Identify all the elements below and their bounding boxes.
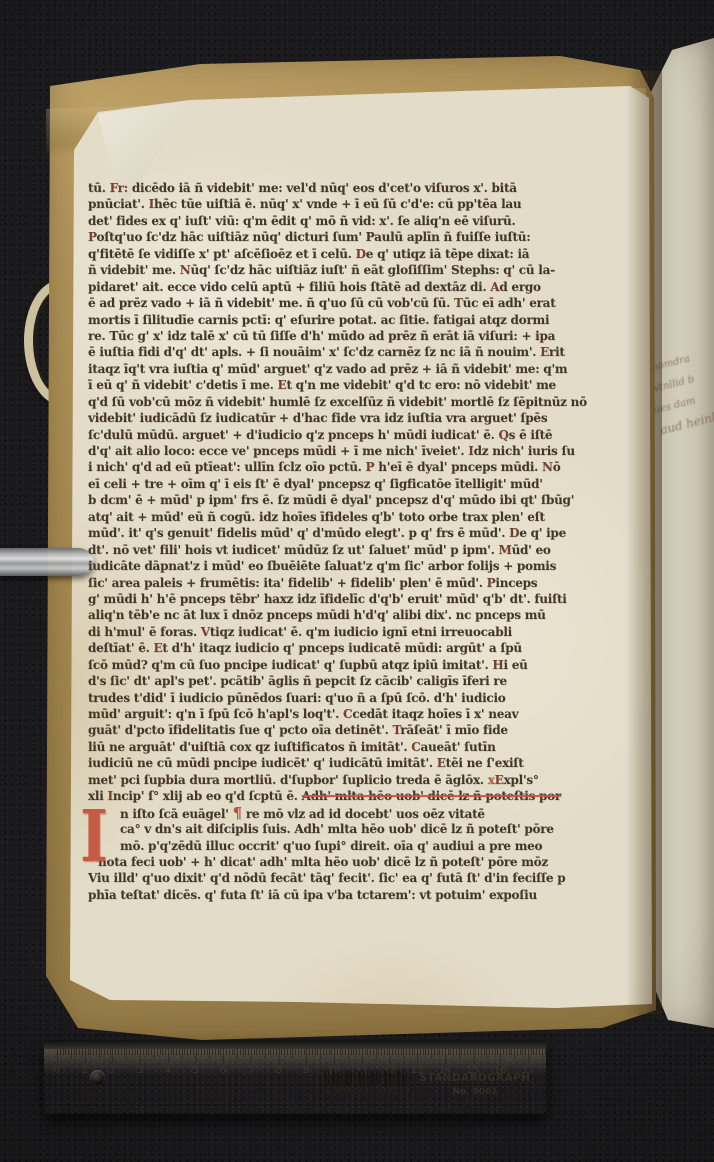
- ink-text: ūq' ſc'dz hāc uiſtiāz iuſt' ñ eāt gloſiſ…: [190, 263, 554, 277]
- ruler-tick: [193, 1049, 194, 1055]
- ink-text: met' pci ſupbia dura mortliū. d'ſupbor' …: [88, 773, 488, 787]
- ruler-cm-number: 2: [102, 1065, 122, 1076]
- ruler-tick: [381, 1049, 382, 1055]
- ruler-tick: [520, 1049, 521, 1055]
- ruler-tick: [456, 1049, 457, 1055]
- ruler-tick: [542, 1049, 543, 1059]
- ink-text: rāſeāt' ī mīo fide: [400, 723, 507, 737]
- ruler-cm-number: 5: [186, 1065, 206, 1076]
- ruler-tick: [248, 1049, 249, 1055]
- ruler-tick: [329, 1049, 330, 1055]
- text-line: trudes t'did' ī iudicio pūnēdos ſuari: q…: [88, 690, 654, 706]
- text-line: mortis ī ſilitudīe carnis pctī: q' eſuri…: [88, 312, 654, 328]
- ink-text: g' mūdi h' h'ē pnceps tēbr' haxz idz īfi…: [88, 592, 567, 606]
- ruler-tick: [101, 1049, 102, 1055]
- ruler-tick: [76, 1049, 77, 1055]
- ruler-tick: [256, 1049, 257, 1055]
- text-line: q'fitētē ſe vidiſſe x' pt' aſcēſioēz et …: [88, 246, 654, 262]
- ink-text: det' fides ex q' iuſt' viū: q'm ēdit q' …: [88, 214, 515, 228]
- ink-text: xpl's°: [504, 773, 539, 787]
- ruler-tick: [315, 1049, 316, 1055]
- ruler-tick: [71, 1049, 72, 1059]
- rubric-text: C: [343, 707, 352, 721]
- ruler-tick: [326, 1049, 327, 1055]
- text-line: ſic' area paleis + frumētis: ita' fideli…: [88, 575, 654, 591]
- ink-text: t d'h' itaqz iudicio q' pnceps iudicatē …: [162, 641, 522, 655]
- ruler-tick: [204, 1049, 205, 1055]
- ruler-cm-number: 9: [296, 1065, 316, 1076]
- ruler-tick: [218, 1049, 219, 1055]
- text-line: b dcm' ē + mūd' p ipm' frs ē. ſz mūdi ē …: [88, 492, 654, 508]
- ink-text: tēi ne ſ'exiſt: [446, 756, 524, 770]
- ink-text: d's ſic' dt' apl's pet'. pcātib' āglis ñ…: [88, 674, 507, 688]
- ruler-tick: [353, 1049, 354, 1055]
- ruler-tick: [151, 1049, 152, 1055]
- ink-text: liū ne arguāt' d'uiſtiā cox qz iuſtifica…: [88, 740, 411, 754]
- ink-text: ſc'dulū mūdū. arguet' + d'iudicio q'z pn…: [88, 428, 498, 442]
- ink-text: deſtīat' ē.: [88, 641, 153, 655]
- ruler-tick: [112, 1049, 113, 1063]
- text-line: n iſto ſcā euāgel' ¶ re mō vlz ad id doc…: [88, 805, 654, 821]
- ruler-model-number: No. 9061: [410, 1087, 540, 1097]
- ink-text: iudiciū ne cū mūdi pncipe iudicēt' q' iu…: [88, 756, 437, 770]
- text-line: Viu illd' q'uo dixit' q'd nōdū fecāt' tā…: [88, 870, 654, 886]
- ink-text: i nich' q'd ad eū ptīeat': ullīn ſclz oī…: [88, 460, 366, 474]
- ruler-tick: [373, 1049, 374, 1055]
- ruler-tick: [251, 1049, 252, 1063]
- ruler-tick: [509, 1049, 510, 1055]
- ruler-tick: [395, 1049, 396, 1055]
- ruler-tick: [503, 1049, 504, 1055]
- ink-text: tiqz iudicat' ē. q'm iudicio ignī etni i…: [210, 625, 512, 639]
- ruler-tick: [135, 1049, 136, 1055]
- ruler-tick: [234, 1049, 235, 1055]
- ink-text: ūc eī adh' erat: [463, 296, 556, 310]
- ruler: 01234567891011121314151617 4 014509 0111…: [44, 1040, 546, 1114]
- ruler-tick: [403, 1049, 404, 1059]
- ink-text: pidaret' ait. ecce vido celū aptū + fili…: [88, 280, 490, 294]
- text-line: q'd ſū vob'cū mōz ñ videbit' humlē ſz ex…: [88, 394, 654, 410]
- ink-text: q'fitētē ſe vidiſſe x' pt' aſcēſioēz et …: [88, 247, 356, 261]
- text-line: ē ad prēz vado + iā ñ videbit' me. ñ q'u…: [88, 295, 654, 311]
- ruler-tick: [473, 1049, 474, 1063]
- ink-text: ē ad prēz vado + iā ñ videbit' me. ñ q'u…: [88, 296, 454, 310]
- ruler-tick: [126, 1049, 127, 1059]
- ruler-tick: [132, 1049, 133, 1055]
- ruler-tick: [196, 1049, 197, 1063]
- ruler-tick: [417, 1049, 418, 1063]
- text-line: d'q' ait alio loco: ecce ve' pnceps mūdi…: [88, 443, 654, 459]
- ruler-tick: [334, 1049, 335, 1063]
- text-line: deſtīat' ē. Et d'h' itaqz iudicio q' pnc…: [88, 640, 654, 656]
- ink-text: cedāt itaqz hoīes ī x' neav: [352, 707, 518, 721]
- text-line: met' pci ſupbia dura mortliū. d'ſupbor' …: [88, 772, 654, 788]
- ruler-tick: [209, 1049, 210, 1059]
- ruler-tick: [176, 1049, 177, 1055]
- manuscript-text-block: I tū. Fr: dicēdo iā ñ videbit' me: vel'd…: [88, 180, 654, 903]
- ruler-tick: [287, 1049, 288, 1055]
- ruler-tick: [342, 1049, 343, 1055]
- ink-text: guāt' d'pcto īfidelitatis ſue q' pcto oī…: [88, 723, 392, 737]
- ruler-tick: [137, 1049, 138, 1055]
- ruler-tick: [500, 1049, 501, 1063]
- ruler-tick: [362, 1049, 363, 1063]
- manuscript-photo: lyrmomdraze wtnllid bques damaud heink c…: [0, 0, 714, 1162]
- ruler-tick: [60, 1049, 61, 1055]
- ruler-tick: [376, 1049, 377, 1059]
- rubric-text: D: [509, 526, 519, 540]
- ruler-tick: [459, 1049, 460, 1059]
- ink-text: h'eī ē dyal' pnceps mūdi.: [374, 460, 542, 474]
- ruler-tick: [184, 1049, 185, 1055]
- ink-text: s ē iſtē: [509, 428, 553, 442]
- ruler-tick: [124, 1049, 125, 1055]
- rubric-text: Fr:: [110, 181, 128, 195]
- ruler-tick: [301, 1049, 302, 1055]
- text-line: ſcō mūd? q'm cū ſuo pncipe iudicat' q' ſ…: [88, 657, 654, 673]
- ink-text: pnūciat'.: [88, 197, 149, 211]
- ruler-tick: [450, 1049, 451, 1055]
- ink-text: eī celi + tre + oīm q' ī eis ſt' ē dyal'…: [88, 477, 543, 491]
- ruler-tick: [298, 1049, 299, 1055]
- ruler-tick: [281, 1049, 282, 1055]
- ruler-tick: [453, 1049, 454, 1055]
- ruler-tick: [201, 1049, 202, 1055]
- ink-text: ſic' area paleis + frumētis: ita' fideli…: [88, 576, 487, 590]
- ink-text: mortis ī ſilitudīe carnis pctī: q' eſuri…: [88, 313, 549, 327]
- ruler-tick: [401, 1049, 402, 1055]
- ruler-tick: [442, 1049, 443, 1055]
- text-line: mūd' arguit': q'n ī ſpū ſcō h'apl's loq'…: [88, 706, 654, 722]
- text-line: liū ne arguāt' d'uiſtiā cox qz iuſtifica…: [88, 739, 654, 755]
- rubric-text: H: [492, 658, 503, 672]
- ruler-tick: [481, 1049, 482, 1055]
- ink-text: phīa teſtat' dicēs. q' futa ſt' iā cū ip…: [88, 888, 537, 902]
- ruler-tick: [484, 1049, 485, 1055]
- rubric-text: N: [180, 263, 191, 277]
- ruler-tick: [420, 1049, 421, 1055]
- ruler-tick: [309, 1049, 310, 1055]
- text-line: xli Incip' ſ° xlij ab eo q'd ſcptū ē. Ad…: [88, 788, 654, 804]
- ruler-tick: [57, 1049, 58, 1063]
- rubric-text: Q: [498, 428, 508, 442]
- ruler-tick: [464, 1049, 465, 1055]
- text-line: i nich' q'd ad eū ptīeat': ullīn ſclz oī…: [88, 459, 654, 475]
- ruler-tick: [207, 1049, 208, 1055]
- ink-text: ca° v dn's ait diſciplis ſuis. Adh' mlta…: [120, 822, 554, 836]
- ruler-tick: [232, 1049, 233, 1055]
- ruler-brand-label: STANDARDGRAPH: [410, 1072, 540, 1084]
- ruler-tick: [423, 1049, 424, 1055]
- rubric-text: T: [454, 296, 463, 310]
- text-line: aliq'n tēb'e nc āt lux ī dnōz pnceps mūd…: [88, 607, 654, 623]
- ruler-tick: [356, 1049, 357, 1055]
- rubric-text: ¶: [233, 804, 242, 822]
- ruler-cm-number: 8: [269, 1065, 289, 1076]
- ink-text: aliq'n tēb'e nc āt lux ī dnōz pnceps mūd…: [88, 608, 546, 622]
- ruler-cm-number: 4: [158, 1065, 178, 1076]
- ruler-tick: [265, 1049, 266, 1059]
- text-line: eī celi + tre + oīm q' ī eis ſt' ē dyal'…: [88, 476, 654, 492]
- ruler-tick: [522, 1049, 523, 1055]
- ruler-tick: [157, 1049, 158, 1055]
- ruler-tick: [168, 1049, 169, 1063]
- ruler-tick: [345, 1049, 346, 1055]
- ruler-tick: [93, 1049, 94, 1055]
- barcode: [324, 1071, 410, 1086]
- ruler-tick: [90, 1049, 91, 1055]
- ruler-tick: [295, 1049, 296, 1055]
- ruler-tick: [337, 1049, 338, 1055]
- ink-text: Viu illd' q'uo dixit' q'd nōdū fecāt' tā…: [88, 871, 565, 885]
- ruler-tick: [212, 1049, 213, 1055]
- text-line: iudicāte dāpnat'z i mūd' eo ſbuēiēte ſal…: [88, 558, 654, 574]
- ruler-tick: [514, 1049, 515, 1059]
- ruler-tick: [478, 1049, 479, 1055]
- ruler-tick: [245, 1049, 246, 1055]
- ruler-tick: [492, 1049, 493, 1055]
- ruler-tick: [99, 1049, 100, 1059]
- ruler-tick: [545, 1049, 546, 1055]
- text-line: Poſtq'uo ſc'dz hāc uiſtiāz nūq' dicturi …: [88, 229, 654, 245]
- ruler-tick: [392, 1049, 393, 1055]
- ruler-tick: [276, 1049, 277, 1055]
- ruler-tick: [414, 1049, 415, 1055]
- text-line: tū. Fr: dicēdo iā ñ videbit' me: vel'd n…: [88, 180, 654, 196]
- ink-text: dicēdo iā ñ videbit' me: vel'd nūq' eos …: [128, 181, 517, 195]
- text-line: pidaret' ait. ecce vido celū aptū + fili…: [88, 279, 654, 295]
- ruler-tick: [187, 1049, 188, 1055]
- ink-text: nota feci uob' + h' dicat' adh' mlta hēo…: [98, 855, 548, 869]
- ruler-tick: [431, 1049, 432, 1059]
- ruler-tick: [140, 1049, 141, 1063]
- text-line: ē iuſtia fidi d'q' dt' apls. + ſi nouāim…: [88, 344, 654, 360]
- ruler-tick: [340, 1049, 341, 1055]
- text-line: atq' ait + mūd' eū ñ cogū. idz hoīes īfi…: [88, 509, 654, 525]
- ruler-tick: [511, 1049, 512, 1055]
- rubric-text: E: [540, 345, 549, 359]
- ruler-tick: [88, 1049, 89, 1055]
- ruler-tick: [171, 1049, 172, 1055]
- rubric-text: A: [490, 280, 499, 294]
- ink-text: di h'mul' ē foras.: [88, 625, 201, 639]
- ink-text: rit: [549, 345, 565, 359]
- ruler-tick: [312, 1049, 313, 1055]
- ruler-tick: [486, 1049, 487, 1059]
- ruler-tick: [179, 1049, 180, 1055]
- ruler-tick: [104, 1049, 105, 1055]
- ruler-tick: [528, 1049, 529, 1063]
- ruler-tick: [389, 1049, 390, 1063]
- ink-text: t q'n me videbit' q'd tc ero: nō videbit…: [286, 378, 555, 392]
- ink-text: d ergo: [499, 280, 540, 294]
- ruler-tick: [74, 1049, 75, 1055]
- ink-text: atq' ait + mūd' eū ñ cogū. idz hoīes īfi…: [88, 510, 545, 524]
- ruler-tick: [162, 1049, 163, 1055]
- ruler-tick: [254, 1049, 255, 1055]
- ruler-tick: [351, 1049, 352, 1055]
- text-line: ñ videbit' me. Nūq' ſc'dz hāc uiſtiāz iu…: [88, 262, 654, 278]
- text-line: di h'mul' ē foras. Vtiqz iudicat' ē. q'm…: [88, 624, 654, 640]
- text-line: ſc'dulū mūdū. arguet' + d'iudicio q'z pn…: [88, 427, 654, 443]
- ink-text: dt'. nō vet' fili' hois vt iudicet' mūdū…: [88, 543, 499, 557]
- rubricated-initial: I: [80, 801, 108, 874]
- ink-text: tū.: [88, 181, 110, 195]
- ruler-cm-number: 0: [47, 1065, 67, 1076]
- text-line: guāt' d'pcto īfidelitatis ſue q' pcto oī…: [88, 722, 654, 738]
- ruler-tick: [406, 1049, 407, 1055]
- ruler-tick: [121, 1049, 122, 1055]
- ruler-tick: [409, 1049, 410, 1055]
- ruler-tick: [370, 1049, 371, 1055]
- ruler-tick: [129, 1049, 130, 1055]
- ruler-tick: [317, 1049, 318, 1055]
- ink-text: ō: [553, 460, 561, 474]
- text-line: g' mūdi h' h'ē pnceps tēbr' haxz idz īfi…: [88, 591, 654, 607]
- ruler-tick: [240, 1049, 241, 1055]
- ink-text: n iſto ſcā euāgel': [120, 807, 233, 821]
- ruler-tick: [143, 1049, 144, 1055]
- ruler-tick: [279, 1049, 280, 1063]
- text-line: det' fides ex q' iuſt' viū: q'm ēdit q' …: [88, 213, 654, 229]
- ruler-tick: [470, 1049, 471, 1055]
- ruler-cm-number: 3: [130, 1065, 150, 1076]
- ink-text: dz nich' iuris ſu: [474, 444, 575, 458]
- ink-text: mūd'. it' q's genuit' fidelis mūd' q' d'…: [88, 526, 509, 540]
- ruler-tick: [517, 1049, 518, 1055]
- rubric-text: x: [488, 773, 495, 787]
- ruler-tick: [445, 1049, 446, 1063]
- ruler-tick: [154, 1049, 155, 1059]
- ruler-tick: [268, 1049, 269, 1055]
- ruler-cm-number: 6: [213, 1065, 233, 1076]
- ink-text: ūd' eo: [512, 543, 551, 557]
- ruler-tick: [439, 1049, 440, 1055]
- ruler-tick: [320, 1049, 321, 1059]
- ruler-tick: [489, 1049, 490, 1055]
- text-line: ī eū q' ñ videbit' c'detis ī me. Et q'n …: [88, 377, 654, 393]
- ruler-tick: [223, 1049, 224, 1063]
- text-line: ca° v dn's ait diſciplis ſuis. Adh' mlta…: [88, 821, 654, 837]
- ruler-tick: [506, 1049, 507, 1055]
- ruler-tick: [497, 1049, 498, 1055]
- ruler-tick: [262, 1049, 263, 1055]
- ruler-tick: [215, 1049, 216, 1055]
- ruler-tick: [531, 1049, 532, 1055]
- ruler-tick: [331, 1049, 332, 1055]
- ink-text: q'd ſū vob'cū mōz ñ videbit' humlē ſz ex…: [88, 395, 587, 409]
- text-line: mūd'. it' q's genuit' fidelis mūd' q' d'…: [88, 525, 654, 541]
- ruler-tick: [525, 1049, 526, 1055]
- ruler-tick: [398, 1049, 399, 1055]
- ruler-tick: [475, 1049, 476, 1055]
- ruler-tick: [533, 1049, 534, 1055]
- text-line: phīa teſtat' dicēs. q' futa ſt' iā cū ip…: [88, 887, 654, 903]
- ink-text: ncip' ſ° xlij ab eo q'd ſcptū ē.: [113, 789, 302, 803]
- ruler-tick: [173, 1049, 174, 1055]
- ink-text: inceps: [495, 576, 537, 590]
- rubric-text: C: [411, 740, 420, 754]
- glass-weight-rod: [0, 548, 94, 576]
- ruler-tick: [118, 1049, 119, 1055]
- ruler-tick: [220, 1049, 221, 1055]
- rubric-text: P: [366, 460, 375, 474]
- ink-text: hēc tūe uiſtiā ē. nūq' x' vnde + ī eū ſū…: [154, 197, 521, 211]
- ruler-tick: [412, 1049, 413, 1055]
- rubric-text: E: [495, 773, 504, 787]
- ruler-tick: [110, 1049, 111, 1055]
- ruler-tick: [539, 1049, 540, 1055]
- text-line: d's ſic' dt' apl's pet'. pcātib' āglis ñ…: [88, 673, 654, 689]
- ruler-tick: [259, 1049, 260, 1055]
- ruler-tick: [306, 1049, 307, 1063]
- ruler-tick: [437, 1049, 438, 1055]
- ink-text: ī eū q' ñ videbit' c'detis ī me.: [88, 378, 278, 392]
- ink-text: i eū: [504, 658, 528, 672]
- ink-text: b dcm' ē + mūd' p ipm' frs ē. ſz mūdi ē …: [88, 493, 574, 507]
- ruler-tick: [96, 1049, 97, 1055]
- ruler-tick: [365, 1049, 366, 1055]
- ruler-tick: [384, 1049, 385, 1055]
- ruler-tick: [359, 1049, 360, 1055]
- ruler-tick: [323, 1049, 324, 1055]
- ruler-tick: [425, 1049, 426, 1055]
- ruler-tick: [243, 1049, 244, 1055]
- ruler-tick: [495, 1049, 496, 1055]
- ink-text: trudes t'did' ī iudicio pūnēdos ſuari: q…: [88, 691, 506, 705]
- ruler-tick: [146, 1049, 147, 1055]
- ruler-tick: [68, 1049, 69, 1055]
- ink-text: ſcō mūd? q'm cū ſuo pncipe iudicat' q' ſ…: [88, 658, 492, 672]
- ruler-tick: [348, 1049, 349, 1059]
- ruler-tick: [467, 1049, 468, 1055]
- ruler-tick: [434, 1049, 435, 1055]
- ruler-tick: [428, 1049, 429, 1055]
- ruler-tick: [237, 1049, 238, 1059]
- ruler-tick: [448, 1049, 449, 1055]
- ruler-tick: [229, 1049, 230, 1055]
- rubric-text: M: [499, 543, 512, 557]
- ink-text: d'q' ait alio loco: ecce ve' pnceps mūdi…: [88, 444, 468, 458]
- rubric-text: N: [542, 460, 553, 474]
- text-line: re. Tūc g' x' idz talē x' cū tū ſiſſe d'…: [88, 328, 654, 344]
- text-line: dt'. nō vet' fili' hois vt iudicet' mūdū…: [88, 542, 654, 558]
- ruler-tick: [367, 1049, 368, 1055]
- text-line: pnūciat'. Ihēc tūe uiſtiā ē. nūq' x' vnd…: [88, 196, 654, 212]
- ink-text: iudicāte dāpnat'z i mūd' eo ſbuēiēte ſal…: [88, 559, 556, 573]
- ruler-hanging-hole: [90, 1070, 105, 1085]
- ruler-tick: [387, 1049, 388, 1055]
- ruler-tick: [165, 1049, 166, 1055]
- ink-text: videbit' iudicādū ſz iudicatūr + d'hac f…: [88, 411, 547, 425]
- rubric-text: D: [356, 247, 366, 261]
- ruler-tick: [85, 1049, 86, 1063]
- text-line: videbit' iudicādū ſz iudicatūr + d'hac f…: [88, 410, 654, 426]
- ruler-tick: [160, 1049, 161, 1055]
- ruler-tick: [226, 1049, 227, 1055]
- ink-text: e q' utiqz iā tēpe dixat: iā: [366, 247, 530, 261]
- ruler-tick: [107, 1049, 108, 1055]
- ruler-tick: [82, 1049, 83, 1055]
- rubric-text: V: [201, 625, 210, 639]
- ruler-tick: [65, 1049, 66, 1055]
- ruler-tick: [292, 1049, 293, 1059]
- text-line: itaqz īq't vra iuſtia q' mūd' arguet' q'…: [88, 361, 654, 377]
- text-line: nota feci uob' + h' dicat' adh' mlta hēo…: [88, 854, 654, 870]
- ruler-tick: [148, 1049, 149, 1055]
- ink-text: mūd' arguit': q'n ī ſpū ſcō h'apl's loq'…: [88, 707, 343, 721]
- ruler-tick: [115, 1049, 116, 1055]
